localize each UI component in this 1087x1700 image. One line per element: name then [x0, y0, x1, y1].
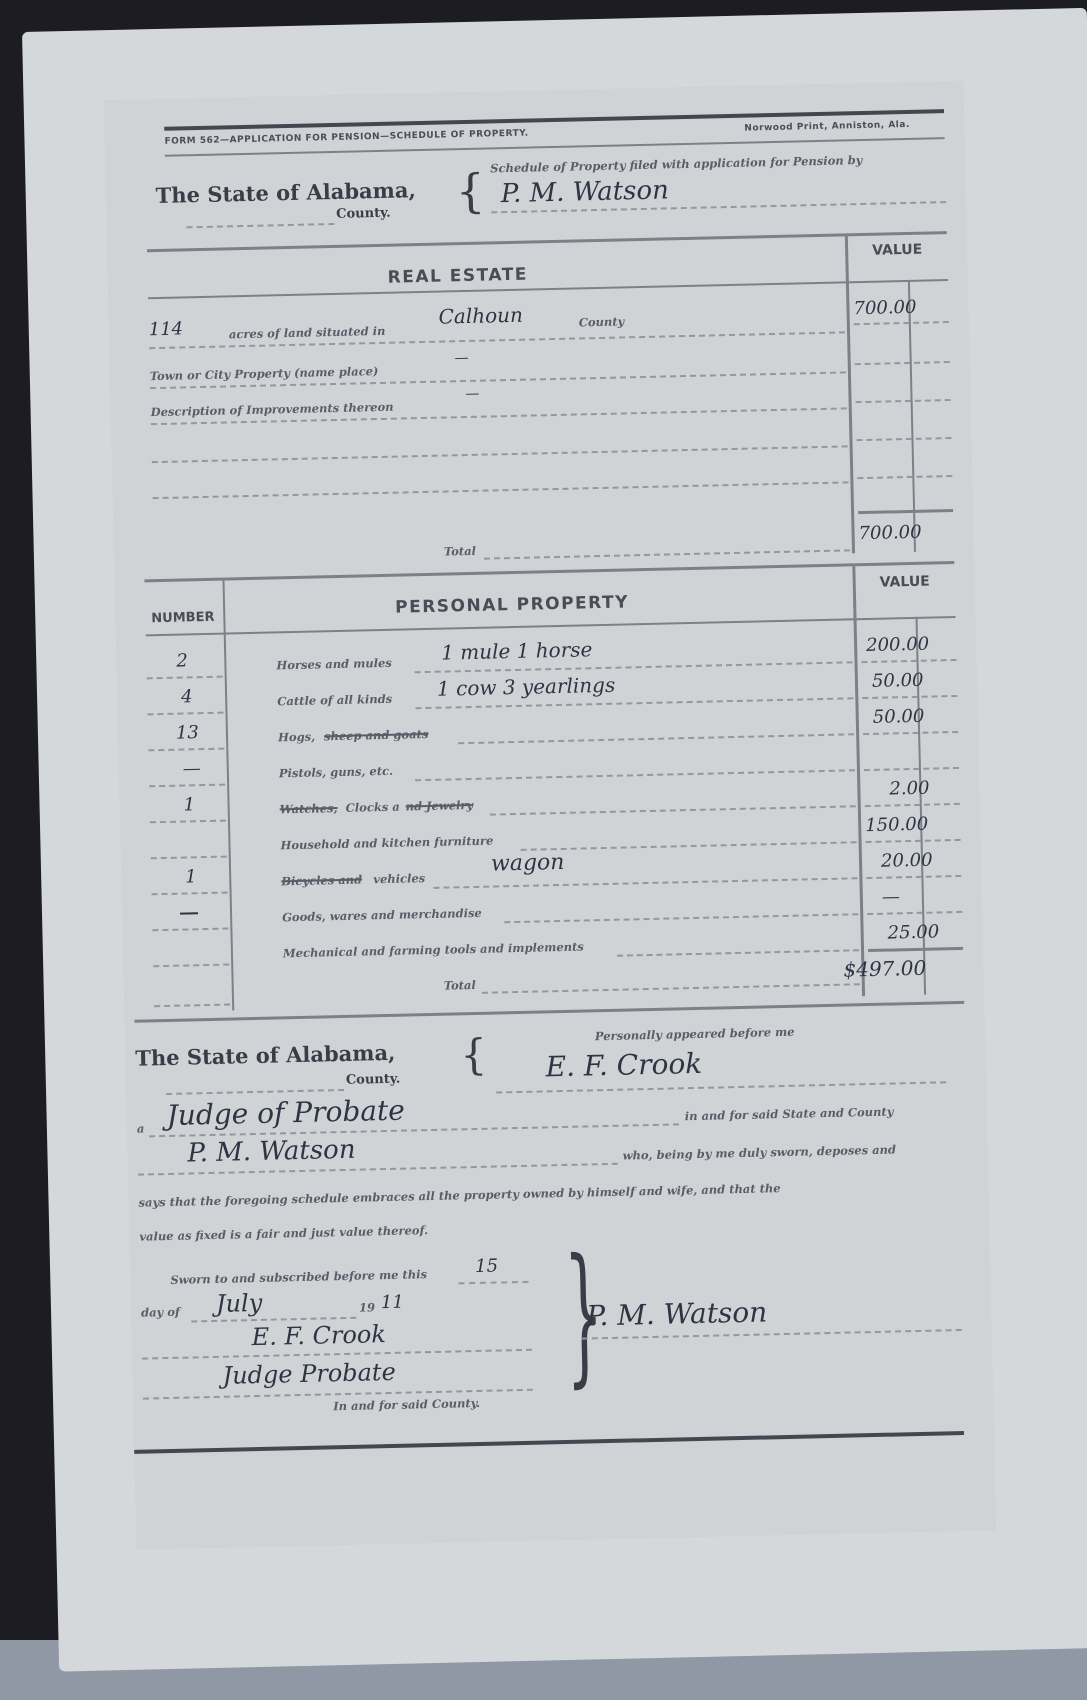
row-value: 200.00: [866, 634, 929, 656]
row-number-line: [147, 676, 223, 680]
row-line: [458, 733, 854, 744]
row-note: 1 mule 1 horse: [441, 637, 593, 664]
row-number-line: [150, 820, 226, 824]
applicant-name: P. M. Watson: [500, 175, 669, 209]
row-number-line: [147, 712, 223, 716]
real-estate-total-line: [484, 549, 850, 559]
pp-row: — Goods, wares and merchandise —: [104, 81, 964, 101]
year-suffix: 11: [381, 1292, 404, 1314]
judge-signature-line: [142, 1349, 532, 1360]
real-estate-heading-rule: [148, 279, 948, 299]
official-name-line: [496, 1081, 946, 1093]
form-label: FORM 562—APPLICATION FOR PENSION—SCHEDUL…: [164, 129, 528, 147]
personal-property-value-heading: VALUE: [880, 574, 930, 591]
row-line: [504, 913, 858, 923]
real-estate-total-label: Total: [444, 544, 476, 559]
row-value: —: [882, 886, 900, 907]
row-line: [415, 769, 855, 781]
county-suffix-label: County: [579, 314, 625, 329]
pp-total-value: $497.00: [843, 956, 926, 982]
pp-row: 13 Hogs, sheep and goats 50.00: [104, 81, 964, 101]
real-estate-value-heading: VALUE: [872, 242, 922, 259]
personal-property-top-rule: [144, 561, 954, 582]
real-estate-total-value: 700.00: [858, 522, 921, 544]
day-line: [458, 1281, 528, 1285]
sworn-text-2: says that the foregoing schedule embrace…: [138, 1181, 780, 1210]
row-value-line: [866, 875, 961, 879]
county-label: County.: [336, 206, 391, 222]
improvements-value: —: [465, 386, 479, 402]
row-struck-text: sheep and goats: [324, 727, 429, 743]
pp-row: Mechanical and farming tools and impleme…: [104, 81, 964, 101]
real-estate-heading: REAL ESTATE: [387, 265, 528, 288]
brace: {: [455, 164, 485, 219]
row-label: Clocks a: [346, 800, 400, 815]
row-struck-text: nd Jewelry: [406, 798, 474, 814]
row-number-line: [152, 892, 228, 896]
row-line: [490, 805, 856, 815]
row-value: 20.00: [881, 850, 933, 872]
year-prefix: 19: [359, 1300, 375, 1314]
row-struck-prefix: Bicycles and: [281, 873, 362, 889]
row-number: —: [180, 902, 198, 923]
affidavit-county-blank: [166, 1089, 344, 1095]
in-for-county-label: In and for said County.: [333, 1396, 480, 1413]
pp-row: 1 Bicycles and vehicles wagon 20.00: [104, 81, 964, 101]
row-value-underline: [868, 947, 963, 952]
row-label: Horses and mules: [276, 656, 392, 673]
acres-label: acres of land situated in: [229, 324, 386, 342]
pp-row: 1 Watches, Clocks a nd Jewelry 2.00: [104, 81, 964, 101]
row-label: Goods, wares and merchandise: [282, 906, 482, 925]
row-note: 1 cow 3 yearlings: [437, 673, 616, 701]
row-number-line: [149, 784, 225, 788]
affidavit-top-rule: [134, 1001, 964, 1023]
county-blank: [186, 223, 334, 228]
row-label: Pistols, guns, etc.: [279, 764, 393, 781]
row-label: Cattle of all kinds: [277, 692, 392, 709]
bottom-thick-rule: [134, 1431, 964, 1454]
row-struck-prefix: Watches,: [280, 801, 338, 816]
pp-total-number-line: [154, 1004, 230, 1008]
day-of-label: day of: [141, 1305, 180, 1320]
a-label: a: [137, 1122, 145, 1136]
row-number: 1: [185, 866, 197, 887]
row-label: Hogs,: [278, 730, 315, 745]
blank-value-line-2: [857, 475, 952, 479]
subscribed-month: July: [216, 1289, 263, 1318]
pp-total-label: Total: [444, 978, 476, 993]
row-line: [617, 949, 859, 956]
blank-line-1: [152, 445, 848, 463]
sworn-text-1: who, being by me duly sworn, deposes and: [622, 1142, 896, 1162]
appeared-label: Personally appeared before me: [595, 1025, 795, 1044]
row-label: Household and kitchen furniture: [280, 834, 493, 853]
land-value: 700.00: [853, 297, 916, 319]
judge-title: Judge Probate: [222, 1358, 396, 1390]
affidavit-brace: {: [460, 1030, 488, 1080]
printer-label: Norwood Print, Anniston, Ala.: [744, 120, 910, 134]
row-value-line: [865, 803, 960, 807]
number-heading: NUMBER: [151, 610, 214, 626]
row-value: 150.00: [865, 814, 928, 836]
row-number: 2: [176, 650, 188, 671]
town-value-line: [855, 361, 950, 365]
blank-line-2: [153, 481, 849, 499]
town-label: Town or City Property (name place): [150, 364, 379, 383]
pp-row: — Pistols, guns, etc.: [104, 81, 964, 101]
row-number: 4: [181, 686, 193, 707]
row-value: 50.00: [872, 670, 924, 692]
row-value-line: [867, 911, 962, 915]
row-value: 2.00: [889, 778, 930, 800]
improvements-value-line: [856, 399, 951, 403]
row-line: [434, 877, 858, 889]
row-label: vehicles: [373, 871, 425, 886]
row-number: 1: [183, 794, 195, 815]
personal-property-heading: PERSONAL PROPERTY: [395, 592, 629, 617]
personal-property-heading-rule: [146, 616, 956, 636]
row-number: —: [183, 758, 201, 779]
blank-value-line-1: [856, 437, 951, 441]
row-number-line: [148, 748, 224, 752]
pp-row: 2 Horses and mules 1 mule 1 horse 200.00: [104, 81, 964, 101]
row-number-line: [151, 856, 227, 860]
in-for-state-label: in and for said State and County: [685, 1105, 894, 1124]
row-value-line: [861, 659, 956, 663]
affidavit-state-heading: The State of Alabama,: [135, 1040, 396, 1071]
subtotal-rule: [858, 509, 953, 514]
subscribed-day: 15: [475, 1256, 498, 1278]
acres-value: 114: [149, 318, 184, 340]
pp-row: Household and kitchen furniture 150.00: [104, 81, 964, 101]
sworn-text-3: value as fixed is a fair and just value …: [139, 1223, 428, 1244]
official-title: Judge of Probate: [166, 1094, 405, 1132]
judge-signature: E. F. Crook: [251, 1320, 386, 1351]
applicant-signature: P. M. Watson: [586, 1295, 768, 1332]
row-number-line: [152, 928, 228, 932]
official-name: E. F. Crook: [545, 1047, 702, 1084]
improvements-label: Description of Improvements thereon: [150, 400, 393, 420]
pension-form: FORM 562—APPLICATION FOR PENSION—SCHEDUL…: [104, 81, 997, 1550]
row-value: 50.00: [873, 706, 925, 728]
row-label: Mechanical and farming tools and impleme…: [283, 939, 584, 960]
county-name: Calhoun: [438, 303, 523, 329]
row-note: wagon: [491, 850, 565, 877]
row-number: 13: [176, 722, 199, 744]
number-column-divider: [222, 581, 234, 1011]
pp-row: 4 Cattle of all kinds 1 cow 3 yearlings …: [104, 81, 964, 101]
pp-total-line: [482, 983, 860, 994]
deponent-name: P. M. Watson: [187, 1135, 356, 1169]
land-value-line: [854, 321, 949, 325]
document-sheet: FORM 562—APPLICATION FOR PENSION—SCHEDUL…: [22, 8, 1087, 1672]
state-heading: The State of Alabama,: [155, 177, 416, 208]
row-line: [521, 841, 857, 851]
row-value-line: [866, 839, 961, 843]
row-value-line: [863, 731, 958, 735]
row-number-line: [153, 964, 229, 968]
subscribed-label: Sworn to and subscribed before me this: [170, 1267, 427, 1287]
row-value: 25.00: [887, 921, 939, 943]
row-value-line: [864, 767, 959, 771]
town-value: —: [454, 350, 468, 366]
affidavit-county-label: County.: [346, 1072, 401, 1088]
schedule-label: Schedule of Property filed with applicat…: [490, 153, 862, 175]
row-value-line: [862, 695, 957, 699]
real-estate-top-rule: [147, 231, 947, 252]
pp-value-column-divider: [852, 566, 865, 996]
